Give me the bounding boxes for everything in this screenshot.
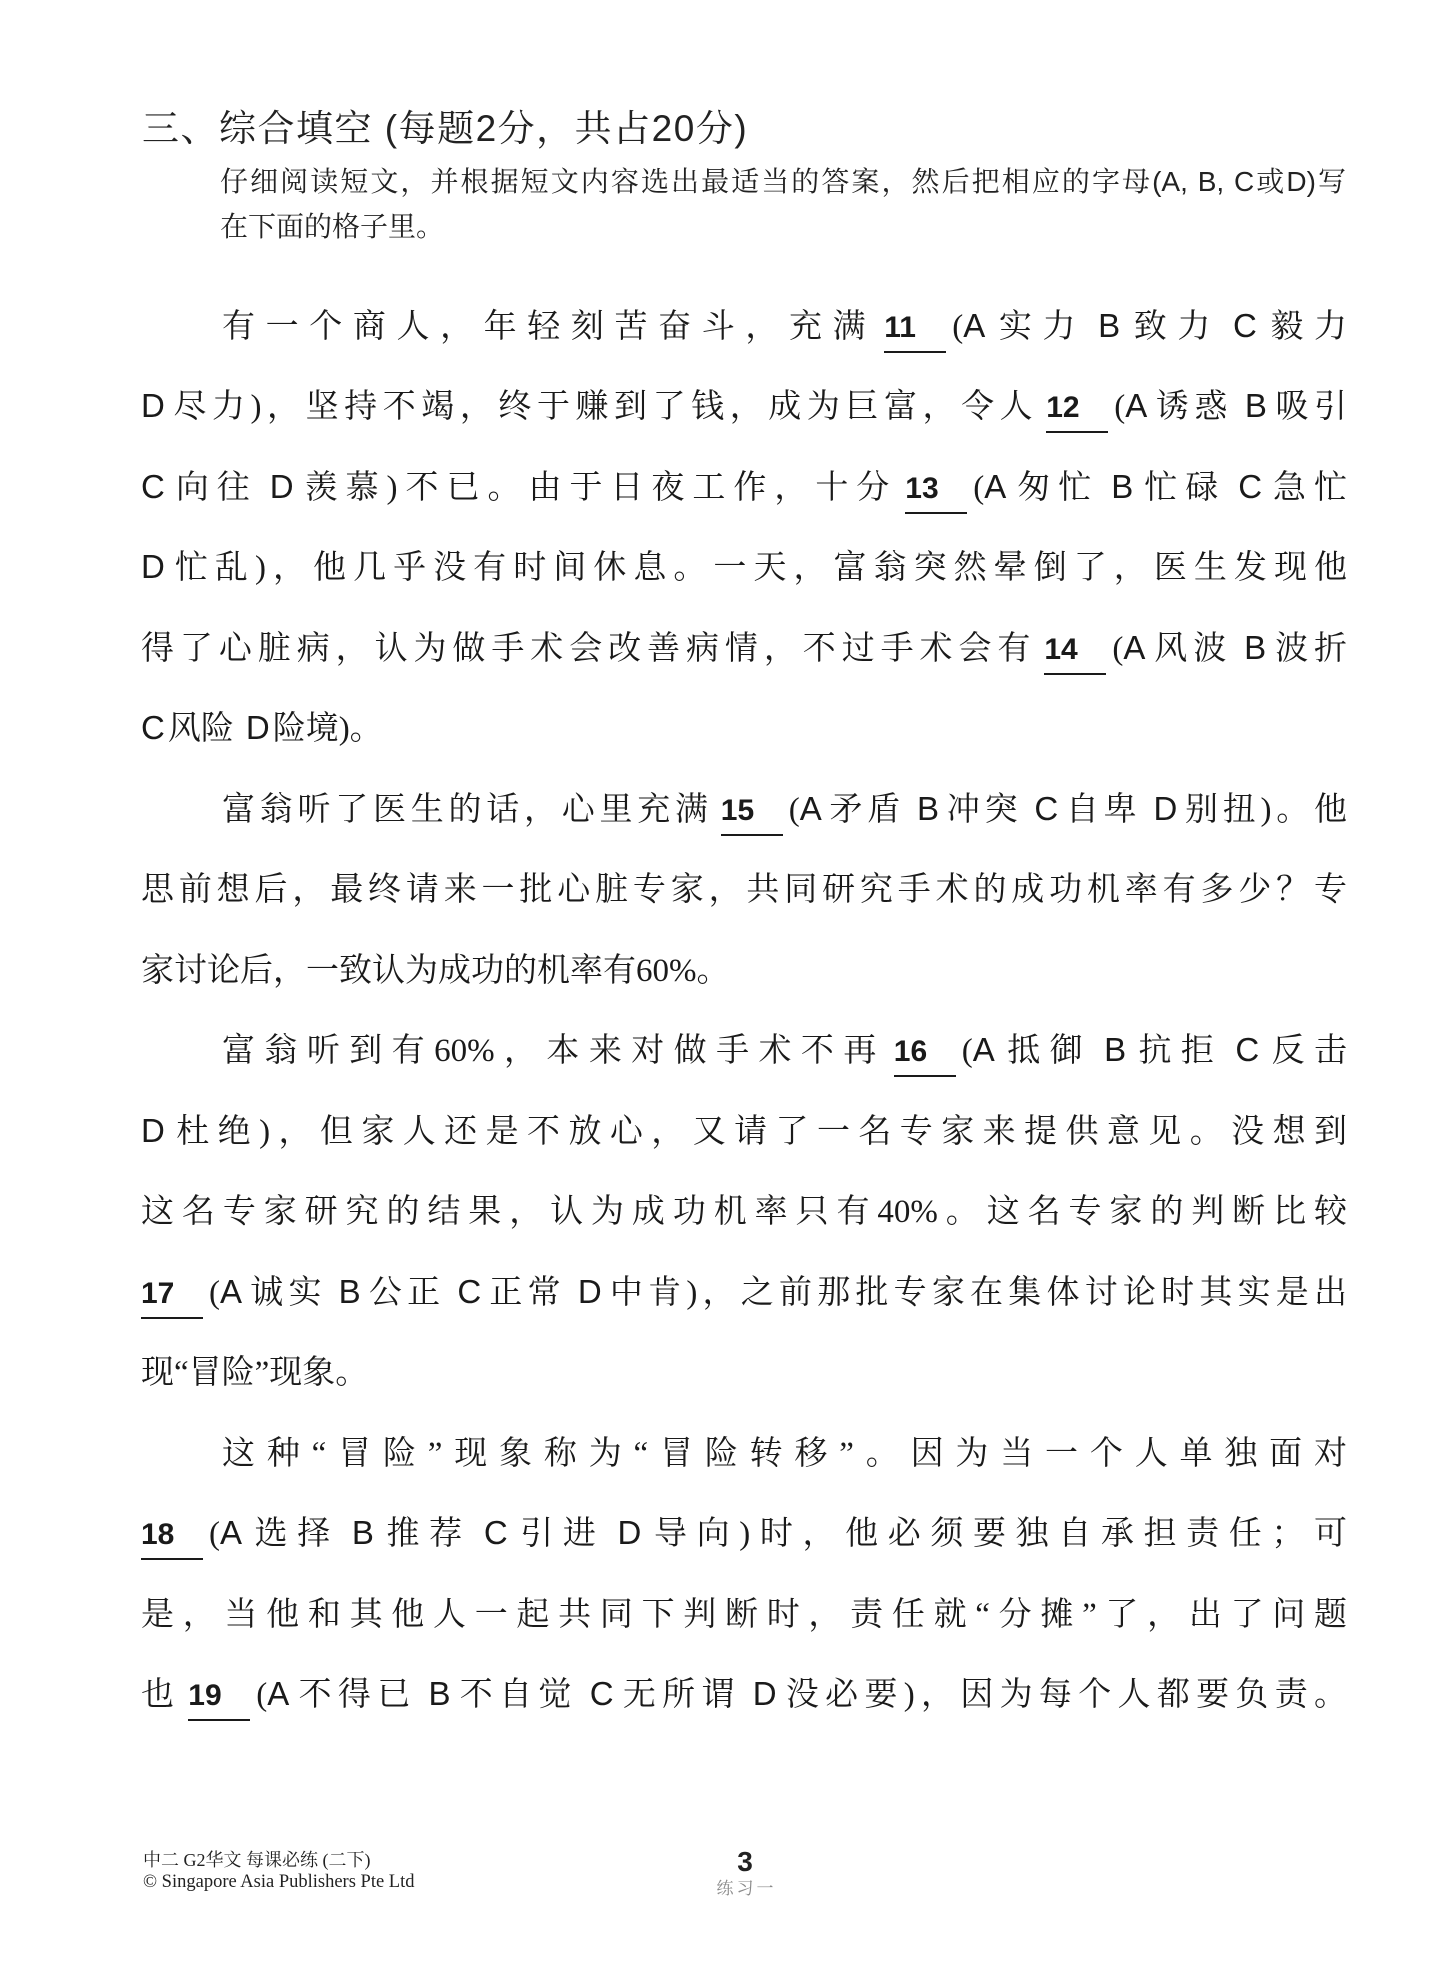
passage-text: 羡慕)不已。由于日夜工作，十分 [297,470,898,506]
passage-text: 这名专家研究的结果，认为成功机率只有40%。这名专家的判断比较 [141,1194,1347,1230]
option-letter: B [1244,629,1266,666]
option-text: 选择 [245,1516,340,1552]
copyright-notice: © Singapore Asia Publishers Pte Ltd [143,1871,415,1893]
passage-text: ( [962,1033,973,1069]
passage-text: 中肯)，之前那批专家在集体讨论时其实是出 [605,1275,1347,1311]
passage-text: ( [209,1275,220,1311]
option-text: 推荐 [377,1516,472,1552]
passage-line: D尽力)，坚持不竭，终于赚到了钱，成为巨富，令人12(A诱惑B吸引 [141,367,1347,448]
option-text: 不自觉 [454,1677,578,1713]
option-letter: A [220,1514,242,1551]
option-letter: B [1111,468,1133,505]
option-letter: B [1098,307,1120,344]
option-letter: B [429,1675,451,1712]
blank-12: 12 [1046,394,1108,433]
passage-text: 得了心脏病，认为做手术会改善病情，不过手术会有 [141,631,1036,667]
option-text: 致力 [1123,309,1221,345]
passage-paragraph: 这种“冒险”现象称为“冒险转移”。因为当一个人单独面对 18(A选择B推荐C引进… [141,1414,1347,1736]
section-title: 三、综合填空 (每题2分，共占20分) [142,107,748,151]
option-letter: C [141,468,165,505]
passage-line: 18(A选择B推荐C引进D导向)时，他必须要独自承担责任；可 [141,1494,1347,1575]
blank-17: 17 [141,1280,203,1319]
option-text: 正常 [484,1275,566,1311]
passage-paragraph: 富翁听到有60%，本来对做手术不再16(A抵御B抗拒C反击 D杜绝)，但家人还是… [141,1011,1347,1414]
passage-line: 得了心脏病，认为做手术会改善病情，不过手术会有14(A风波B波折 [141,609,1347,690]
option-text: 抵御 [998,1033,1092,1069]
passage-text: ( [1112,631,1123,667]
option-text: 忙碌 [1136,470,1226,506]
option-letter: A [220,1273,242,1310]
option-letter: C [1238,468,1262,505]
instruction-line: 仔细阅读短文，并根据短文内容选出最适当的答案，然后把相应的字母(A, B, C或… [220,159,1346,204]
option-text: 匆忙 [1009,470,1099,506]
passage-line: 思前想后，最终请来一批心脏专家，共同研究手术的成功机率有多少？专 [141,850,1347,931]
passage-text: 家讨论后，一致认为成功的机率有60%。 [141,953,730,989]
option-text: 不得已 [292,1677,416,1713]
blank-16: 16 [894,1038,956,1077]
option-letter: A [800,790,822,827]
option-letter: A [973,1031,995,1068]
passage-text: ( [789,792,800,828]
option-letter: D [1153,790,1177,827]
blank-15: 15 [721,797,783,836]
option-text: 吸引 [1270,389,1347,425]
option-letter: B [352,1514,374,1551]
option-text: 自卑 [1061,792,1141,828]
passage-line: C向往D羡慕)不已。由于日夜工作，十分13(A匆忙B忙碌C急忙 [141,448,1347,529]
option-letter: B [1104,1031,1126,1068]
option-text: 毅力 [1260,309,1347,345]
option-text: 风波 [1148,631,1232,667]
passage-text: 也 [141,1677,180,1713]
option-letter: D [270,468,294,505]
passage-text: 尽力)，坚持不竭，终于赚到了钱，成为巨富，令人 [168,389,1038,425]
passage-text: 杜绝)，但家人还是不放心，又请了一名专家来提供意见。没想到 [168,1114,1347,1150]
option-letter: A [1123,629,1145,666]
passage-text: 有一个商人，年轻刻苦奋斗，充满 [222,309,876,345]
option-letter: D [578,1273,602,1310]
option-text: 引进 [511,1516,606,1552]
option-letter: D [141,548,165,585]
blank-14: 14 [1044,636,1106,675]
passage-line: 17(A诚实B公正C正常D中肯)，之前那批专家在集体讨论时其实是出 [141,1253,1347,1334]
passage-line: 这名专家研究的结果，认为成功机率只有40%。这名专家的判断比较 [141,1172,1347,1253]
option-letter: A [1125,387,1147,424]
instruction-line: 在下面的格子里。 [220,204,1346,249]
passage-line: C风险D险境)。 [141,689,1347,770]
passage-line: 有一个商人，年轻刻苦奋斗，充满11(A实力B致力C毅力 [141,287,1347,368]
passage-text: 富翁听到有60%，本来对做手术不再 [222,1033,886,1069]
option-text: 波折 [1269,631,1347,667]
option-letter: C [484,1514,508,1551]
option-letter: C [457,1273,481,1310]
passage-line: 现“冒险”现象。 [141,1333,1347,1414]
option-text: 抗拒 [1129,1033,1223,1069]
passage-line: 这种“冒险”现象称为“冒险转移”。因为当一个人单独面对 [141,1414,1347,1495]
passage-line: D忙乱)，他几乎没有时间休息。一天，富翁突然晕倒了，医生发现他 [141,528,1347,609]
option-letter: C [141,709,165,746]
option-letter: A [984,468,1006,505]
option-letter: D [141,1112,165,1149]
option-text: 冲突 [942,792,1022,828]
option-letter: A [267,1675,289,1712]
passage-text: 现“冒险”现象。 [141,1355,368,1391]
passage-text: 是，当他和其他人一起共同下判断时，责任就“分摊”了，出了问题 [141,1597,1347,1633]
blank-11: 11 [884,314,946,353]
passage-text: 富翁听了医生的话，心里充满 [222,792,713,828]
passage-text: ( [209,1516,220,1552]
option-letter: A [963,307,985,344]
passage-text: 忙乱)，他几乎没有时间休息。一天，富翁突然晕倒了，医生发现他 [168,550,1347,586]
passage-line: D杜绝)，但家人还是不放心，又请了一名专家来提供意见。没想到 [141,1092,1347,1173]
option-letter: D [753,1675,777,1712]
option-text: 向往 [168,470,258,506]
page-number: 3 [695,1846,795,1878]
option-text: 风险 [168,711,234,747]
passage-line: 富翁听到有60%，本来对做手术不再16(A抵御B抗拒C反击 [141,1011,1347,1092]
option-text: 无所谓 [617,1677,741,1713]
option-letter: C [1233,307,1257,344]
footer-page-info: 3 练习一 [695,1846,795,1900]
option-letter: B [339,1273,361,1310]
passage-line: 也19(A不得已B不自觉C无所谓D没必要)，因为每个人都要负责。 [141,1655,1347,1736]
option-letter: D [141,387,165,424]
passage-text: 导向)时，他必须要独自承担责任；可 [644,1516,1347,1552]
passage-text: ( [952,309,963,345]
workbook-page: 三、综合填空 (每题2分，共占20分) 仔细阅读短文，并根据短文内容选出最适当的… [0,0,1445,1976]
option-letter: C [590,1675,614,1712]
footer-publisher-info: 中二 G2华文 每课必练 (二下) © Singapore Asia Publi… [143,1849,415,1893]
option-letter: B [1245,387,1267,424]
blank-13: 13 [905,475,967,514]
option-letter: D [246,709,270,746]
exercise-label: 练习一 [695,1878,795,1900]
passage-text: 别扭)。他 [1180,792,1347,828]
passage-text: 思前想后，最终请来一批心脏专家，共同研究手术的成功机率有多少？专 [141,872,1347,908]
passage-line: 家讨论后，一致认为成功的机率有60%。 [141,931,1347,1012]
option-text: 反击 [1262,1033,1347,1069]
cloze-passage: 有一个商人，年轻刻苦奋斗，充满11(A实力B致力C毅力 D尽力)，坚持不竭，终于… [141,287,1347,1736]
book-title: 中二 G2华文 每课必练 (二下) [143,1849,415,1871]
passage-paragraph: 富翁听了医生的话，心里充满15(A矛盾B冲突C自卑D别扭)。他 思前想后，最终请… [141,770,1347,1012]
option-text: 矛盾 [825,792,905,828]
passage-text: ( [1114,389,1125,425]
passage-text: ( [256,1677,267,1713]
blank-19: 19 [188,1682,250,1721]
blank-18: 18 [141,1521,203,1560]
option-text: 急忙 [1265,470,1347,506]
option-letter: B [917,790,939,827]
option-letter: C [1235,1031,1259,1068]
option-letter: C [1034,790,1058,827]
passage-line: 是，当他和其他人一起共同下判断时，责任就“分摊”了，出了问题 [141,1575,1347,1656]
passage-text: 险境)。 [273,711,383,747]
passage-line: 富翁听了医生的话，心里充满15(A矛盾B冲突C自卑D别扭)。他 [141,770,1347,851]
passage-text: 没必要)，因为每个人都要负责。 [780,1677,1347,1713]
option-text: 实力 [988,309,1086,345]
option-text: 诚实 [245,1275,327,1311]
section-instructions: 仔细阅读短文，并根据短文内容选出最适当的答案，然后把相应的字母(A, B, C或… [220,159,1346,249]
passage-paragraph: 有一个商人，年轻刻苦奋斗，充满11(A实力B致力C毅力 D尽力)，坚持不竭，终于… [141,287,1347,770]
passage-text: ( [973,470,984,506]
option-text: 公正 [364,1275,446,1311]
passage-text: 这种“冒险”现象称为“冒险转移”。因为当一个人单独面对 [222,1436,1347,1472]
option-text: 诱惑 [1150,389,1233,425]
option-letter: D [618,1514,642,1551]
